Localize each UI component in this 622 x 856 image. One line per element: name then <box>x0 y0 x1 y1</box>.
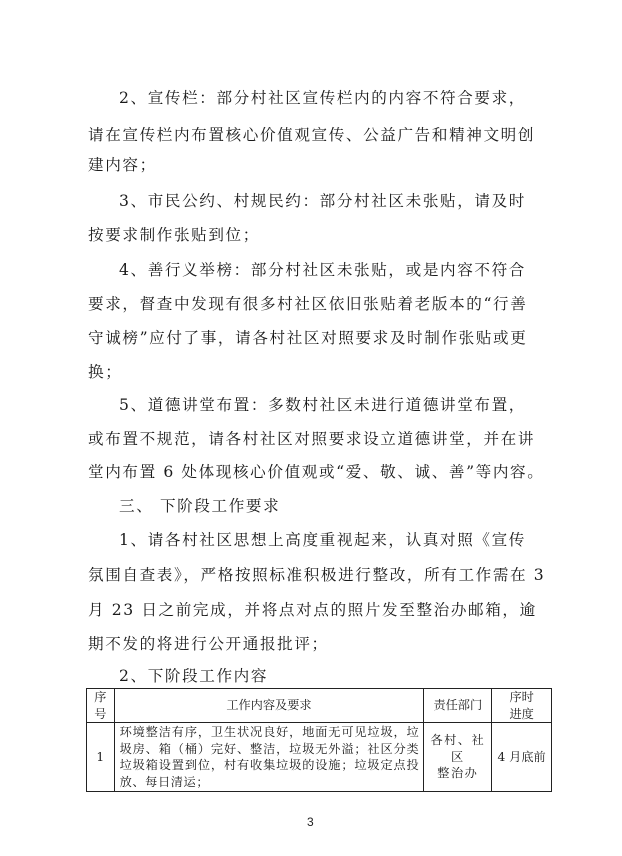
para-1-line-1: 2、宣传栏：部分村社区宣传栏内的内容不符合要求， <box>119 88 526 108</box>
para-2-line-2: 按要求制作张贴到位； <box>88 225 260 245</box>
para-3-line-2: 要求，督查中发现有很多村社区依旧张贴着老版本的“行善 <box>88 294 527 314</box>
cell-progress: 4 月底前 <box>492 723 552 792</box>
table-header-row: 序 号 工作内容及要求 责任部门 序时 进度 <box>87 689 552 723</box>
table-row: 1 环境整洁有序，卫生状况良好，地面无可见垃圾，垃圾房、箱（桶）完好、整洁，垃圾… <box>87 723 552 792</box>
para-6-line-2: 氛围自查表》，严格按照标准积极进行整改，所有工作需在 3 <box>88 565 545 585</box>
header-content: 工作内容及要求 <box>114 689 424 723</box>
header-dept: 责任部门 <box>424 689 492 723</box>
cell-dept: 各村、社 区 整治办 <box>424 723 492 792</box>
cell-no: 1 <box>87 723 115 792</box>
para-3-line-1: 4、善行义举榜：部分村社区未张贴，或是内容不符合 <box>119 260 526 280</box>
para-3-line-4: 换； <box>88 362 122 382</box>
para-1-line-3: 建内容； <box>88 155 157 175</box>
para-3-line-3: 守诚榜”应付了事，请各村社区对照要求及时制作张贴或更 <box>88 328 527 348</box>
para-1-line-2: 请在宣传栏内布置核心价值观宣传、公益广告和精神文明创 <box>88 125 535 145</box>
cell-content: 环境整洁有序，卫生状况良好，地面无可见垃圾，垃圾房、箱（桶）完好、整洁，垃圾无外… <box>114 723 424 792</box>
para-4-line-2: 或布置不规范，请各村社区对照要求设立道德讲堂，并在讲 <box>88 429 535 449</box>
document-page: 2、宣传栏：部分村社区宣传栏内的内容不符合要求， 请在宣传栏内布置核心价值观宣传… <box>0 0 622 856</box>
page-number: 3 <box>307 815 314 829</box>
para-4-line-3: 堂内布置 6 处体现核心价值观或“爱、敬、诚、善”等内容。 <box>88 462 544 482</box>
para-4-line-1: 5、道德讲堂布置：多数村社区未进行道德讲堂布置， <box>119 395 526 415</box>
para-6-line-4: 期不发的将进行公开通报批评； <box>88 634 329 654</box>
para-2-line-1: 3、市民公约、村规民约：部分村社区未张贴，请及时 <box>119 191 526 211</box>
para-6-line-1: 1、请各村社区思想上高度重视起来，认真对照《宣传 <box>119 530 526 550</box>
work-table: 序 号 工作内容及要求 责任部门 序时 进度 1 环境整洁有序，卫生状况良好，地… <box>86 688 552 792</box>
header-no: 序 号 <box>87 689 115 723</box>
section-heading: 三、 下阶段工作要求 <box>119 496 280 516</box>
header-progress: 序时 进度 <box>492 689 552 723</box>
para-6-line-3: 月 23 日之前完成，并将点对点的照片发至整治办邮箱，逾 <box>88 600 537 620</box>
subsection-heading: 2、下阶段工作内容 <box>119 666 268 686</box>
